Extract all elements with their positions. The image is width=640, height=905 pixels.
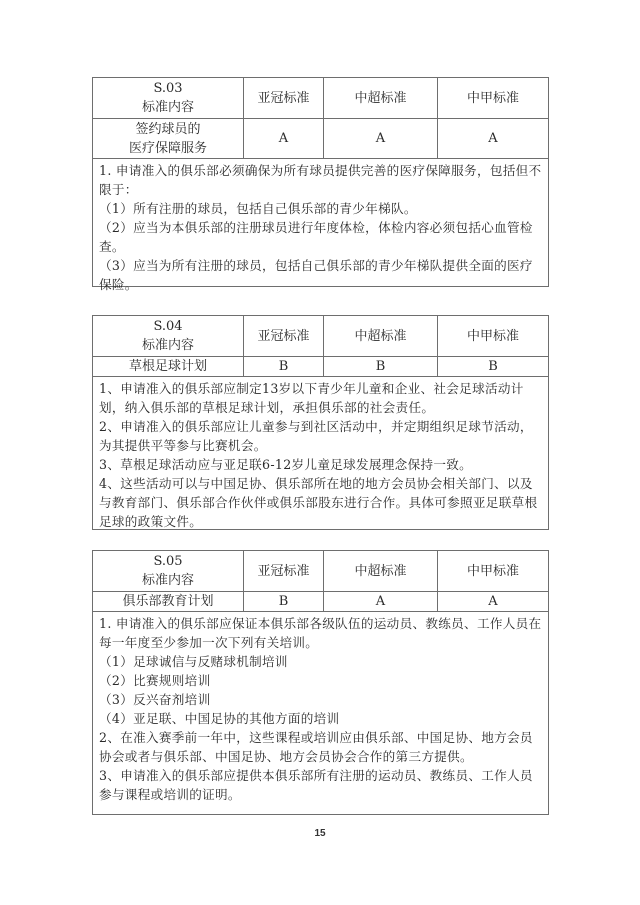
grade-afc: B (244, 592, 324, 611)
standard-code: S.04 (153, 317, 182, 336)
page-number: 15 (0, 828, 640, 839)
grade-league-one: A (438, 592, 548, 611)
item-name-cell: 俱乐部教育计划 (93, 592, 244, 611)
grade-row: 俱乐部教育计划 B A A (93, 592, 548, 612)
standard-code: S.03 (153, 79, 182, 98)
col-header-csl: 中超标准 (324, 78, 438, 118)
requirements-text: 1. 申请准入的俱乐部必须确保为所有球员提供完善的医疗保障服务，包括但不限于： … (93, 159, 548, 286)
requirement-paragraph: （4）亚足联、中国足协的其他方面的培训 (99, 709, 542, 728)
requirement-paragraph: 2、在准入赛季前一年中，这些课程或培训应由俱乐部、中国足协、地方会员协会或者与俱… (99, 728, 542, 766)
grade-csl: A (324, 119, 438, 158)
standard-table-s03: S.03 标准内容 亚冠标准 中超标准 中甲标准 签约球员的 医疗保障服务 A … (92, 77, 549, 287)
grade-csl: B (324, 357, 438, 376)
standard-table-s05: S.05 标准内容 亚冠标准 中超标准 中甲标准 俱乐部教育计划 B A A 1… (92, 550, 549, 815)
standard-code-cell: S.03 标准内容 (93, 78, 244, 118)
requirement-paragraph: （1）足球诚信与反赌球机制培训 (99, 652, 542, 671)
requirement-paragraph: 4、这些活动可以与中国足协、俱乐部所在地的地方会员协会相关部门、以及与教育部门、… (99, 474, 542, 531)
item-name-line: 签约球员的 (135, 120, 200, 139)
requirement-paragraph: （3）应当为所有注册的球员，包括自己俱乐部的青少年梯队提供全面的医疗保险。 (99, 256, 542, 294)
requirement-paragraph: （3）反兴奋剂培训 (99, 690, 542, 709)
col-header-afc: 亚冠标准 (244, 551, 324, 591)
item-name-line: 医疗保障服务 (129, 139, 207, 158)
table-header-row: S.04 标准内容 亚冠标准 中超标准 中甲标准 (93, 316, 548, 357)
col-header-csl: 中超标准 (324, 316, 438, 356)
standard-code-cell: S.04 标准内容 (93, 316, 244, 356)
item-name-cell: 草根足球计划 (93, 357, 244, 376)
col-header-league-one: 中甲标准 (438, 316, 548, 356)
table-header-row: S.05 标准内容 亚冠标准 中超标准 中甲标准 (93, 551, 548, 592)
requirement-paragraph: （2）比赛规则培训 (99, 671, 542, 690)
standard-content-label: 标准内容 (142, 571, 194, 590)
standard-code: S.05 (153, 552, 182, 571)
grade-afc: A (244, 119, 324, 158)
table-header-row: S.03 标准内容 亚冠标准 中超标准 中甲标准 (93, 78, 548, 119)
requirement-paragraph: 1. 申请准入的俱乐部必须确保为所有球员提供完善的医疗保障服务，包括但不限于： (99, 161, 542, 199)
requirement-paragraph: 3、申请准入的俱乐部应提供本俱乐部所有注册的运动员、教练员、工作人员参与课程或培… (99, 766, 542, 804)
item-name-cell: 签约球员的 医疗保障服务 (93, 119, 244, 158)
requirement-paragraph: 3、草根足球活动应与亚足联6-12岁儿童足球发展理念保持一致。 (99, 455, 542, 474)
standard-code-cell: S.05 标准内容 (93, 551, 244, 591)
col-header-league-one: 中甲标准 (438, 78, 548, 118)
grade-row: 草根足球计划 B B B (93, 357, 548, 377)
grade-csl: A (324, 592, 438, 611)
grade-row: 签约球员的 医疗保障服务 A A A (93, 119, 548, 159)
requirement-paragraph: （1）所有注册的球员，包括自己俱乐部的青少年梯队。 (99, 199, 542, 218)
col-header-csl: 中超标准 (324, 551, 438, 591)
requirement-paragraph: 1、申请准入的俱乐部应制定13岁以下青少年儿童和企业、社会足球活动计划，纳入俱乐… (99, 379, 542, 417)
requirement-paragraph: 1. 申请准入的俱乐部应保证本俱乐部各级队伍的运动员、教练员、工作人员在每一年度… (99, 614, 542, 652)
col-header-afc: 亚冠标准 (244, 316, 324, 356)
item-name-line: 俱乐部教育计划 (122, 592, 213, 611)
item-name-line: 草根足球计划 (129, 357, 207, 376)
standard-content-label: 标准内容 (142, 336, 194, 355)
requirements-text: 1、申请准入的俱乐部应制定13岁以下青少年儿童和企业、社会足球活动计划，纳入俱乐… (93, 377, 548, 529)
requirement-paragraph: 2、申请准入的俱乐部应让儿童参与到社区活动中，并定期组织足球节活动，为其提供平等… (99, 417, 542, 455)
grade-afc: B (244, 357, 324, 376)
col-header-afc: 亚冠标准 (244, 78, 324, 118)
standard-content-label: 标准内容 (142, 98, 194, 117)
col-header-league-one: 中甲标准 (438, 551, 548, 591)
grade-league-one: B (438, 357, 548, 376)
standard-table-s04: S.04 标准内容 亚冠标准 中超标准 中甲标准 草根足球计划 B B B 1、… (92, 315, 549, 530)
grade-league-one: A (438, 119, 548, 158)
requirement-paragraph: （2）应当为本俱乐部的注册球员进行年度体检，体检内容必须包括心血管检查。 (99, 218, 542, 256)
requirements-text: 1. 申请准入的俱乐部应保证本俱乐部各级队伍的运动员、教练员、工作人员在每一年度… (93, 612, 548, 814)
